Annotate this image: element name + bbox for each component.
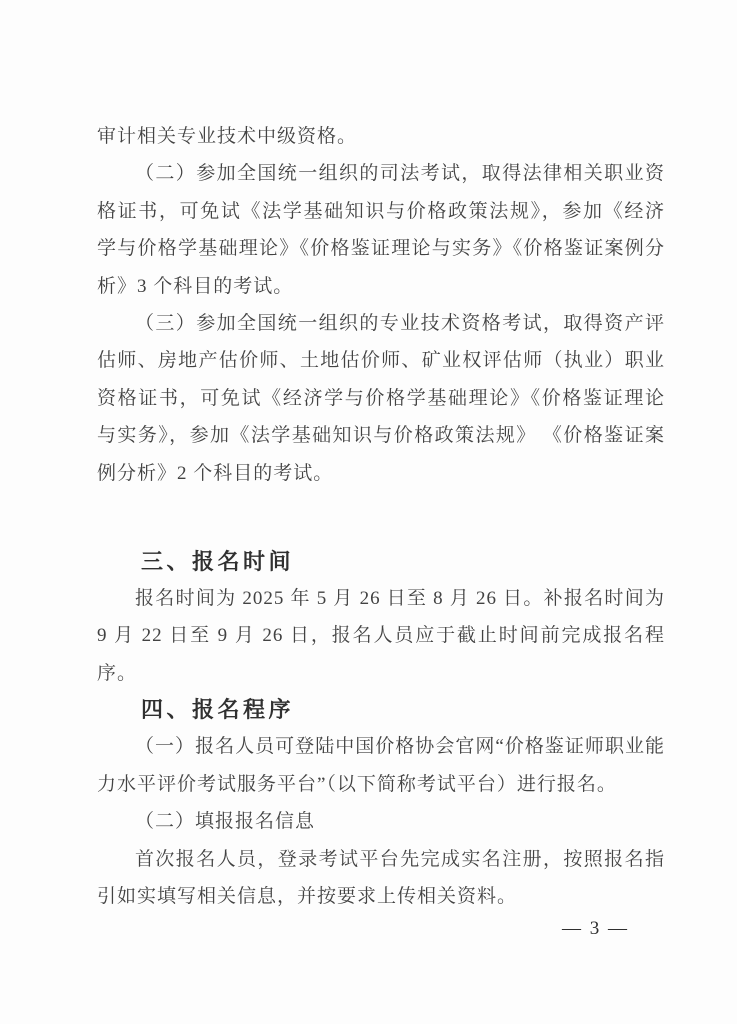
paragraph-continuation: 审计相关专业技术中级资格。 [97, 118, 665, 155]
paragraph-procedure-1: （一）报名人员可登陆中国价格协会官网“价格鉴证师职业能力水平评价考试服务平台”（… [97, 728, 665, 803]
section-heading-registration-procedure: 四、报名程序 [97, 692, 665, 728]
paragraph-registration-time: 报名时间为 2025 年 5 月 26 日至 8 月 26 日。补报名时间为 9… [97, 580, 665, 692]
paragraph-item-3: （三）参加全国统一组织的专业技术资格考试，取得资产评估师、房地产估价师、土地估价… [97, 305, 665, 492]
page-number: — 3 — [538, 918, 653, 940]
paragraph-procedure-2: （二）填报报名信息 [97, 803, 665, 840]
paragraph-first-time-registrants: 首次报名人员，登录考试平台先完成实名注册，按照报名指引如实填写相关信息，并按要求… [97, 841, 665, 916]
section-heading-registration-time: 三、报名时间 [97, 544, 665, 580]
document-page: 审计相关专业技术中级资格。 （二）参加全国统一组织的司法考试，取得法律相关职业资… [0, 0, 737, 1024]
document-body: 审计相关专业技术中级资格。 （二）参加全国统一组织的司法考试，取得法律相关职业资… [97, 118, 665, 915]
paragraph-item-2: （二）参加全国统一组织的司法考试，取得法律相关职业资格证书，可免试《法学基础知识… [97, 155, 665, 305]
